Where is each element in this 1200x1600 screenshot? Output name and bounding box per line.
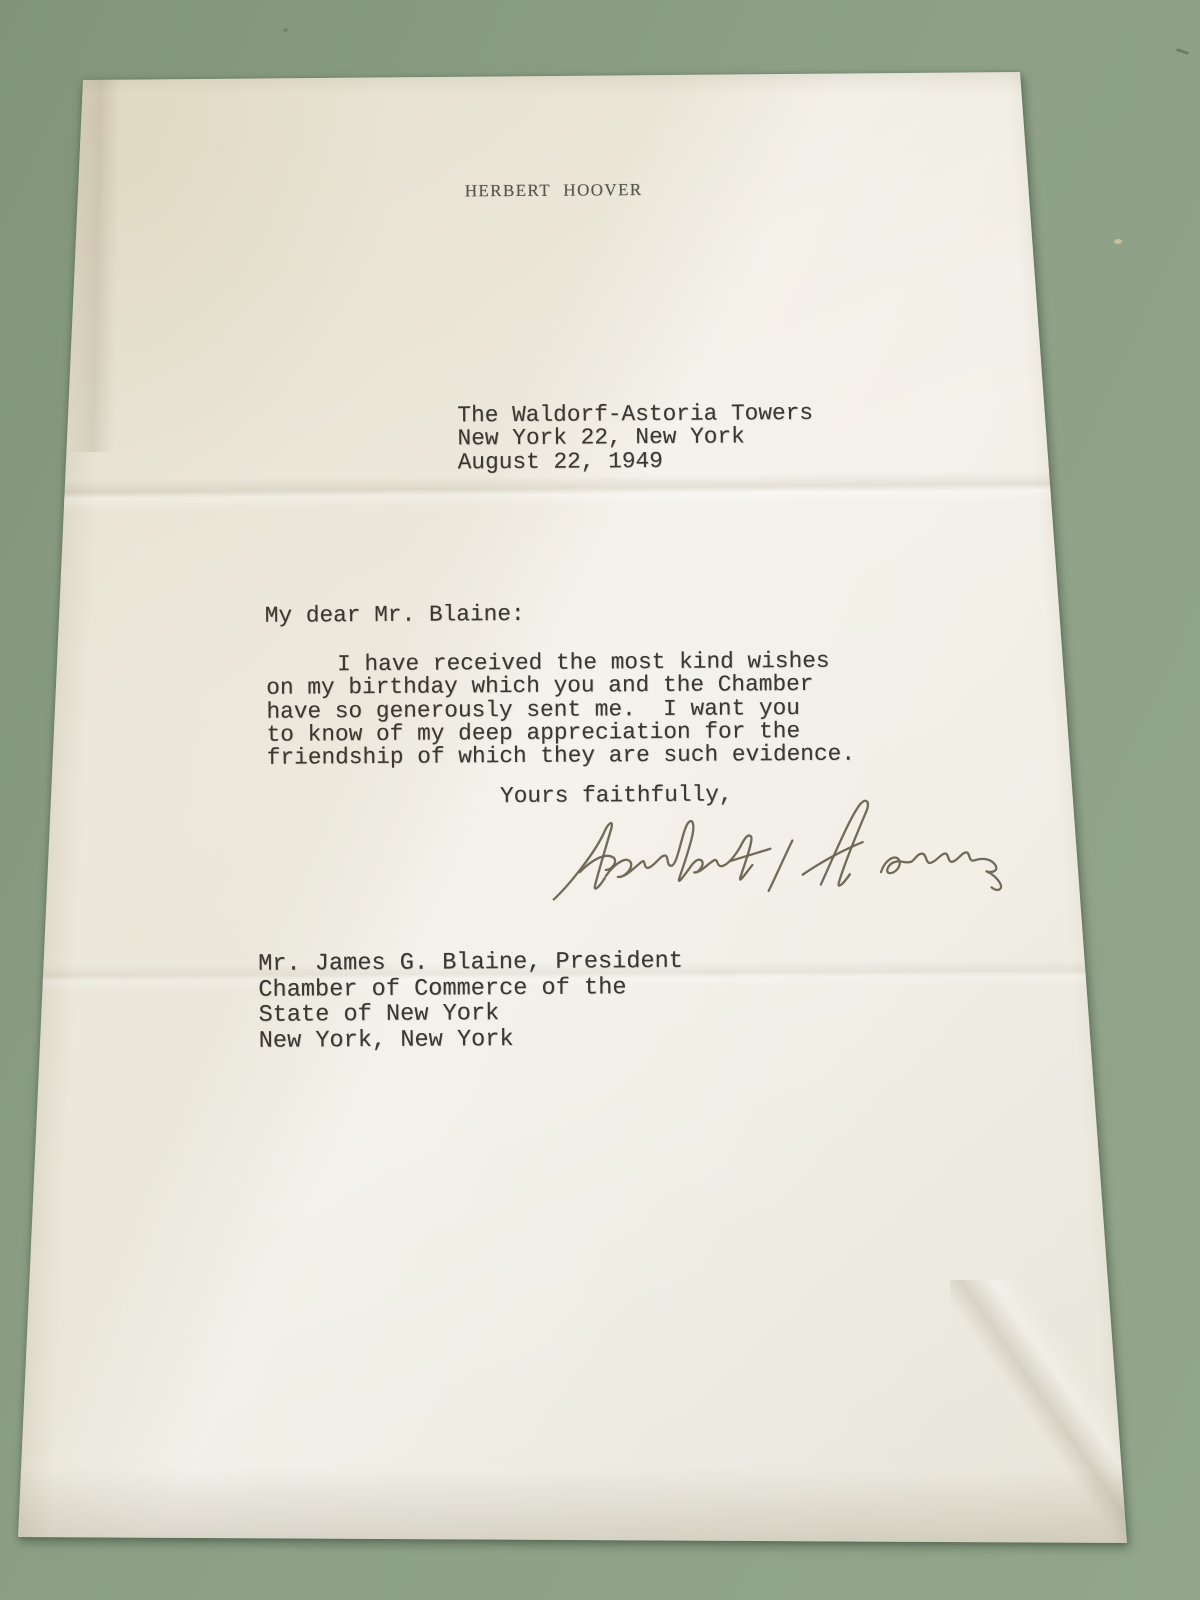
recipient-block: Mr. James G. Blaine, President Chamber o… — [258, 949, 683, 1054]
letter-paper-shadow: HERBERT HOOVER The Waldorf-Astoria Tower… — [0, 0, 1200, 1600]
heading-line: August 22, 1949 — [458, 449, 814, 475]
heading-line: New York 22, New York — [457, 425, 813, 451]
recipient-line: State of New York — [258, 1000, 683, 1029]
salutation-text: My dear Mr. Blaine: — [265, 603, 525, 628]
letterhead-text: HERBERT HOOVER — [465, 180, 643, 201]
heading-block: The Waldorf-Astoria Towers New York 22, … — [457, 402, 813, 474]
photo-background: HERBERT HOOVER The Waldorf-Astoria Tower… — [0, 0, 1200, 1600]
recipient-line: Chamber of Commerce of the — [258, 974, 683, 1003]
letter-content: HERBERT HOOVER The Waldorf-Astoria Tower… — [0, 0, 1200, 1600]
body-line: friendship of which they are such eviden… — [267, 743, 855, 770]
letter-paper: HERBERT HOOVER The Waldorf-Astoria Tower… — [0, 0, 1200, 1600]
recipient-line: New York, New York — [259, 1026, 684, 1055]
body-paragraph: I have received the most kind wishes on … — [266, 650, 855, 771]
signature — [543, 792, 1006, 903]
recipient-line: Mr. James G. Blaine, President — [258, 949, 683, 978]
